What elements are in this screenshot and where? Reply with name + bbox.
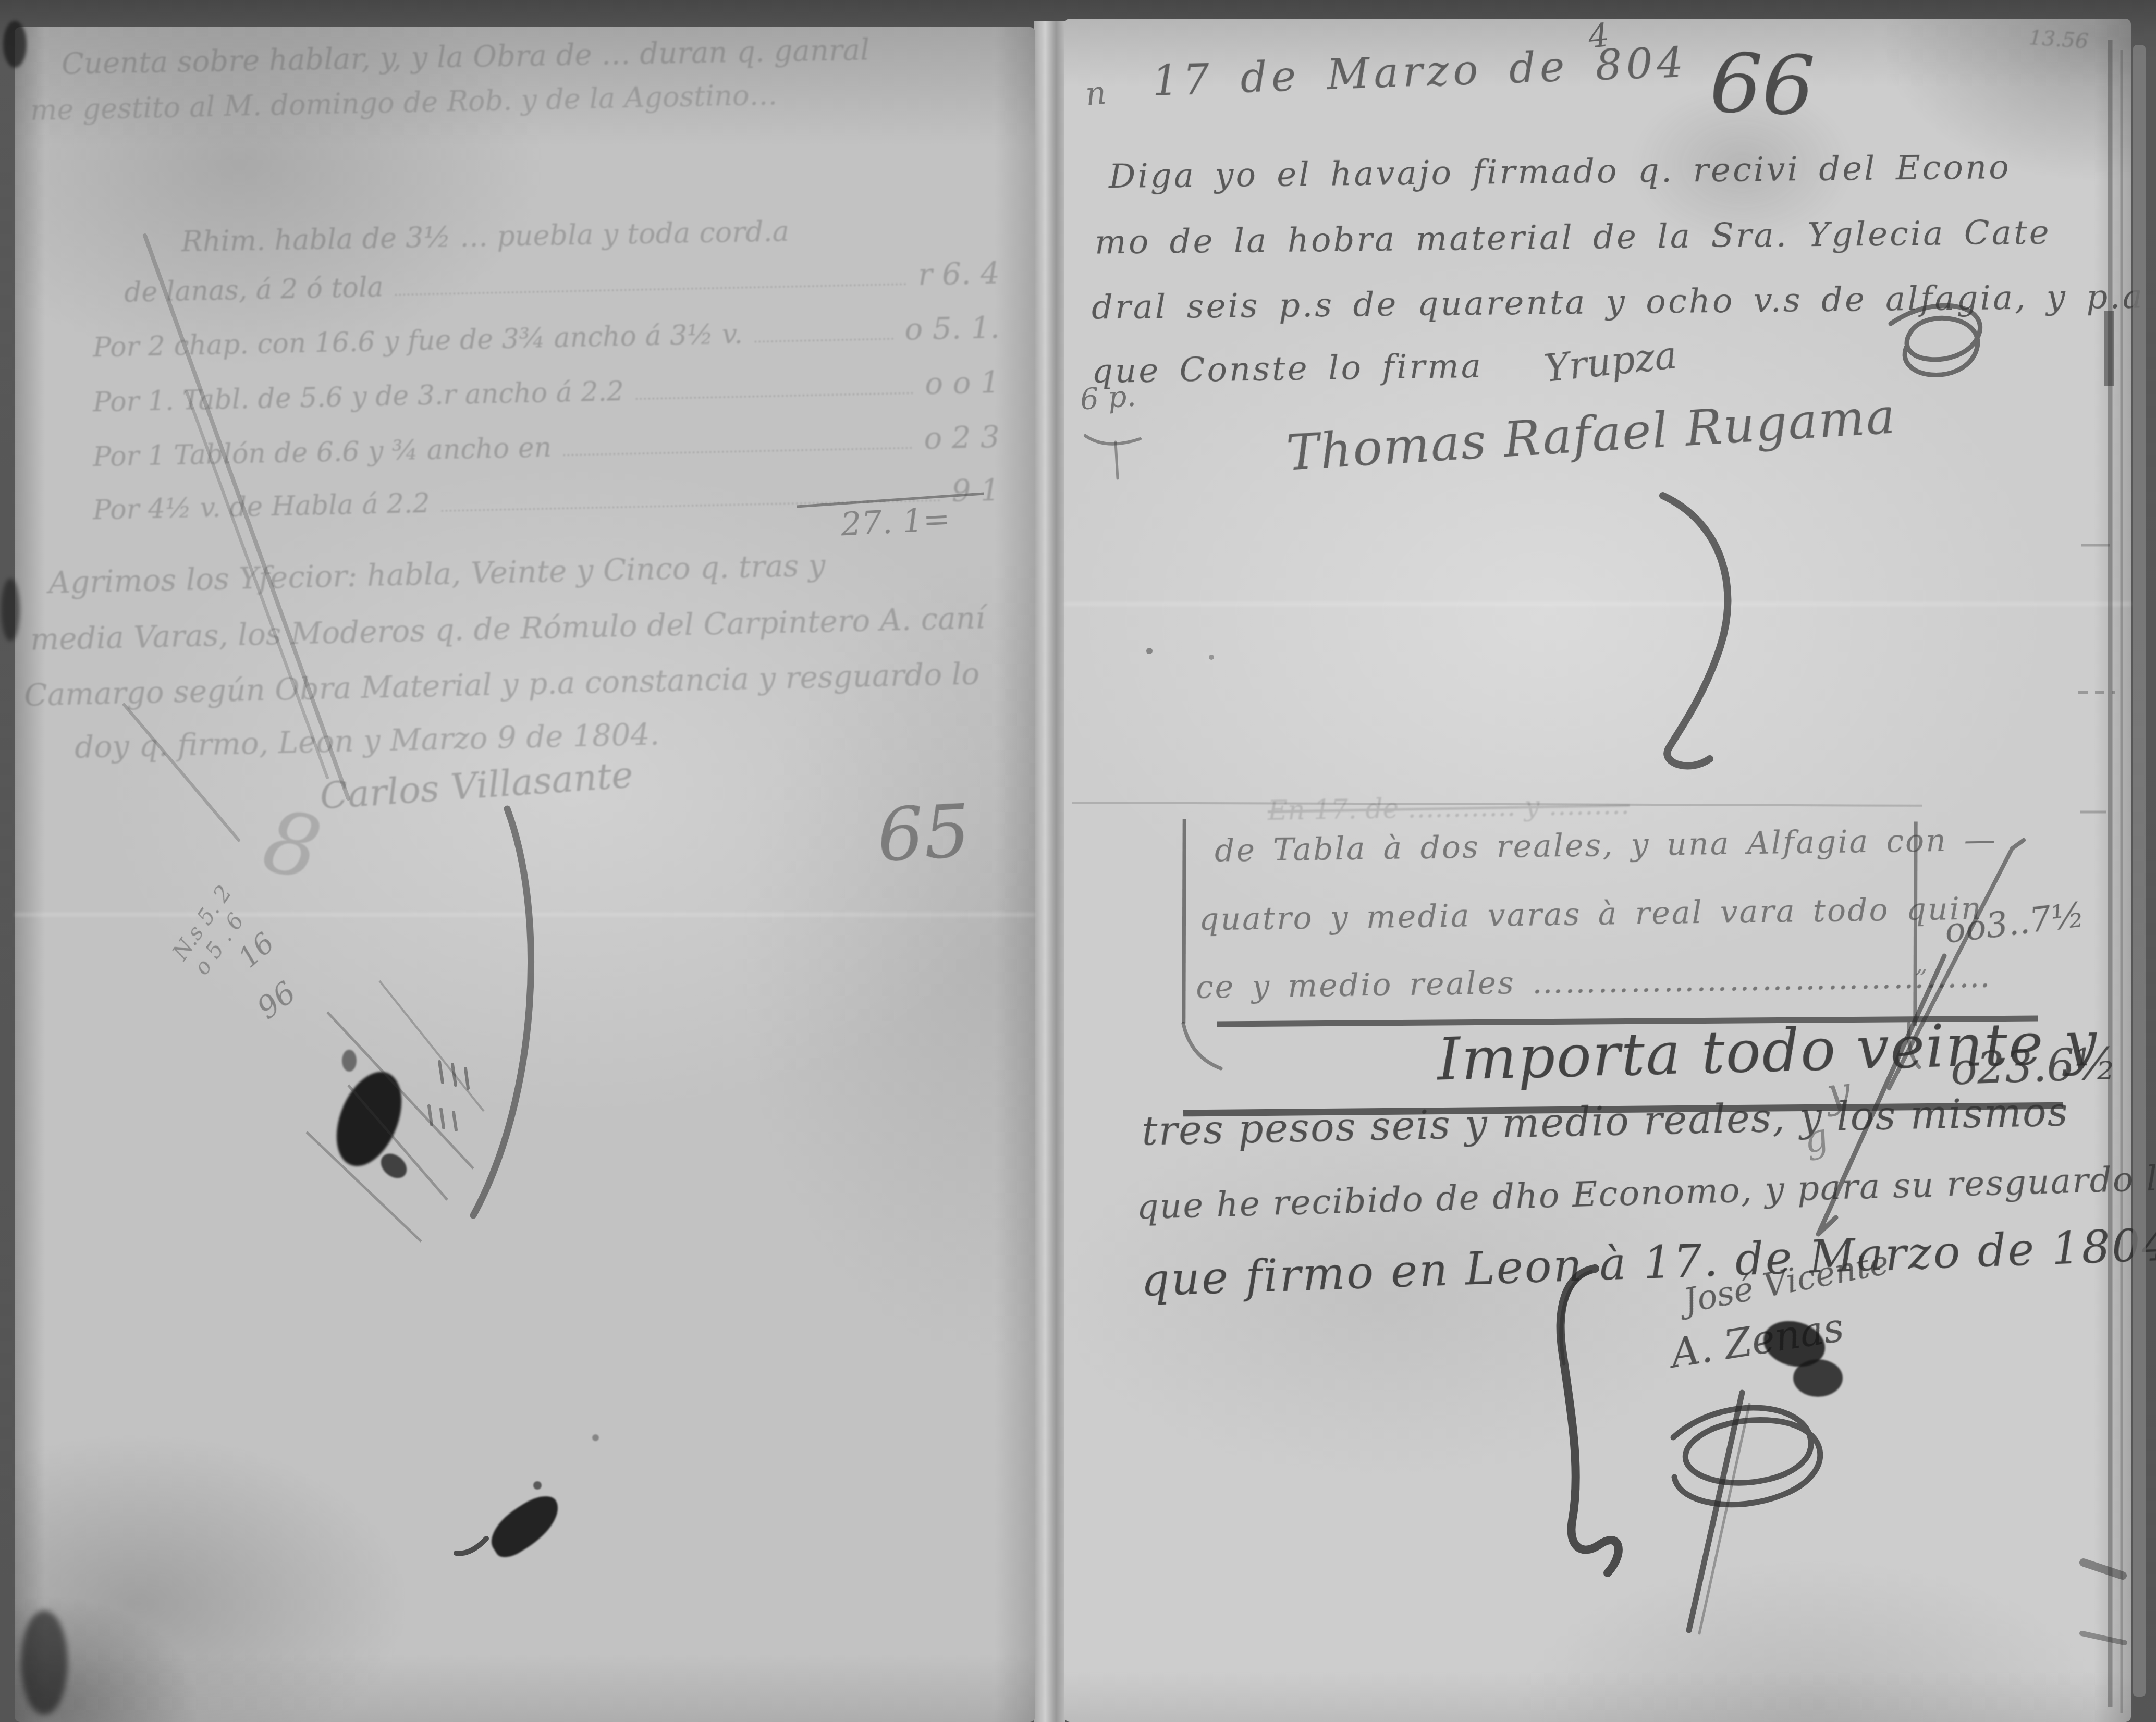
ledger-row-text: Por 2 chap. con 16.6 y fue de 3¾ ancho á…: [93, 318, 743, 363]
vicente-rubric-loops: [1673, 1408, 1820, 1505]
ledger-row-text: Por 4½ v. de Habla á 2.2: [93, 488, 431, 526]
total-line-2: tres pesos seis y medio reales, y los mi…: [1141, 1092, 2069, 1151]
box-amount-prefix: „: [1915, 952, 1928, 976]
receipt-line-3: dral seis p.s de quarenta y ocho v.s de …: [1092, 280, 2145, 324]
left-paragraph-line-2: media Varas, los Moderos q. de Rómulo de…: [30, 602, 986, 655]
ledger-row-amount: o 5. 1.: [904, 310, 1000, 347]
ledger-row: Por 1. Tabl. de 5.6 y de 3.r ancho á 2.2…: [92, 364, 1000, 419]
margin-underline-squiggle: [1085, 436, 1140, 444]
vicente-tall-flourish: [1561, 1269, 1619, 1573]
receipt-closing: que Conste lo firma: [1092, 350, 1484, 388]
scribble-number-96: 96: [252, 976, 301, 1024]
ledger-row-amount: o o 1: [925, 364, 1000, 401]
total-line-4: que firmo en Leon à 17. de Marzo de 1804…: [1140, 1221, 2156, 1303]
dotted-leader: [754, 338, 893, 343]
blot-tail: [456, 1539, 486, 1553]
ledger-row-amount: o 2 3: [924, 419, 1000, 456]
ledger-row-text: Por 1. Tabl. de 5.6 y de 3.r ancho á 2.2: [93, 376, 624, 418]
box-corner-hook: [1183, 1024, 1221, 1068]
cancel-stroke: [124, 705, 239, 840]
ledger-row-text: de lanas, á 2 ó tola: [124, 272, 384, 308]
corner-folio-note: 13.56: [2028, 27, 2089, 52]
ink-dot: [1146, 648, 1153, 654]
right-page-crease: [1064, 602, 2131, 606]
header-superscript: 4: [1587, 19, 1611, 53]
ledger-row-text: Por 1 Tablón de 6.6 y ¾ ancho en: [93, 432, 552, 473]
edge-blot: [21, 1610, 68, 1715]
adjacent-page-edge: [2133, 45, 2146, 1697]
edge-mark: [2084, 1563, 2123, 1576]
edge-blot: [1, 579, 20, 641]
manuscript-scan: Cuenta sobre hablar, y, y la Obra de … d…: [0, 0, 2156, 1722]
right-page: 13.56 n 17 de Marzo de 804 4 66 Diga yo …: [1064, 19, 2131, 1722]
comma-blot: [482, 1489, 569, 1563]
receipt-line-1: Diga yo el havajo firmado q. recivi del …: [1109, 151, 2011, 193]
dotted-leader: [395, 283, 907, 296]
dotted-leader: [563, 447, 912, 456]
receipt-closing-name: Yrupza: [1542, 336, 1679, 387]
ink-dot: [1209, 655, 1214, 660]
left-page-crease: [15, 913, 1035, 916]
ledger-row-amount: 9 1: [951, 472, 1000, 509]
rubric-diagonal-stroke: [1689, 1393, 1742, 1630]
tick-marks: [439, 1062, 468, 1088]
margin-tick: [1116, 442, 1118, 478]
total-line-3: que he recibido de dho Economo, y para s…: [1136, 1157, 2156, 1225]
left-page-number: 65: [875, 795, 972, 872]
left-heading: Rhim. habla de 3½ … puebla y toda cord.a: [181, 217, 790, 256]
ledger-row-amount: r 6. 4: [917, 255, 1000, 292]
left-page: Cuenta sobre hablar, y, y la Obra de … d…: [15, 27, 1035, 1722]
edge-blot: [3, 21, 27, 68]
margin-amount-note: 6 p.: [1079, 382, 1137, 414]
edge-mark: [2082, 1633, 2125, 1643]
tick-marks: [429, 1106, 456, 1130]
ink-dot: [592, 1434, 599, 1441]
signature-rugama: Thomas Rafael Rugama: [1285, 392, 1897, 478]
dotted-leader: [635, 392, 914, 400]
ledger-row: Por 2 chap. con 16.6 y fue de 3¾ ancho á…: [92, 310, 1000, 364]
crescent-flourish: [473, 809, 531, 1215]
left-signature: Carlos Villasante: [318, 756, 634, 815]
left-subtotal: 27. 1=: [840, 503, 951, 541]
rubric-diagonal-stroke: [1699, 1404, 1749, 1633]
header-prefix: n: [1084, 76, 1107, 110]
stray-mark-y: y: [1824, 1071, 1852, 1114]
ink-blot-satellite: [376, 1149, 412, 1183]
signature-ink-blot: [1793, 1359, 1843, 1397]
ink-blot-small: [342, 1050, 357, 1072]
ledger-row: Por 1 Tablón de 6.6 y ¾ ancho en o 2 3: [92, 419, 1000, 473]
receipt-line-2: mo de la hobra material de la Sra. Yglec…: [1095, 216, 2051, 259]
left-top-line-1: Cuenta sobre hablar, y, y la Obra de … d…: [62, 35, 870, 79]
book-gutter: [1034, 21, 1065, 1722]
rugama-descending-flourish: [1663, 496, 1728, 766]
left-top-line-2: me gestito al M. domingo de Rob. y de la…: [30, 81, 778, 125]
left-paragraph-line-4: doy q. firmo, Leon y Marzo 9 de 1804.: [74, 719, 659, 762]
ledger-row: de lanas, á 2 ó tola r 6. 4: [124, 255, 1000, 309]
left-paragraph-line-1: Agrimos los Yfecior: habla, Veinte y Cin…: [48, 550, 826, 598]
ink-dot: [533, 1481, 542, 1490]
total-line-1: Importa todo veinte y: [1437, 1013, 2099, 1089]
left-paragraph-line-3: Camargo según Obra Material y p.a consta…: [24, 658, 980, 710]
